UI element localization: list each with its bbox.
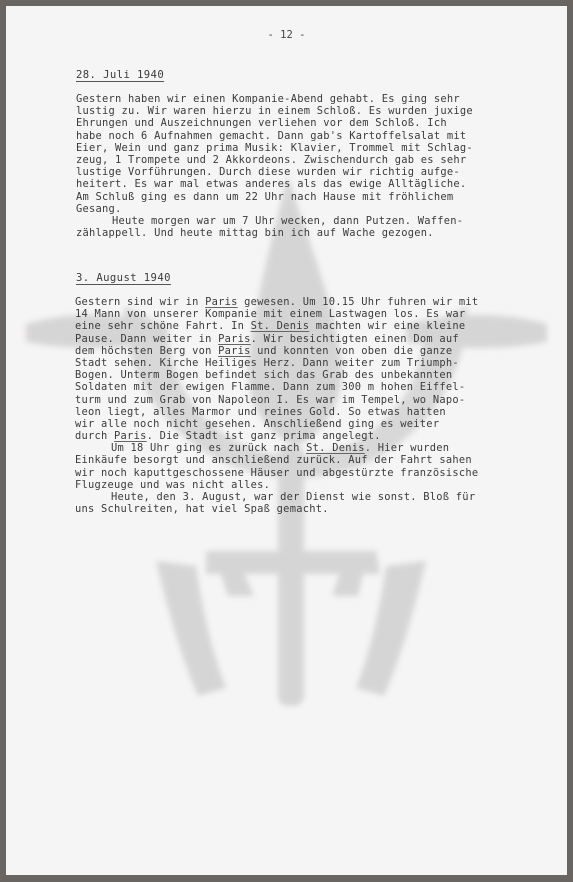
text-segment: lustige Vorführungen. Durch diese wurden…: [76, 166, 460, 178]
text-segment: . Hier wurden: [365, 442, 450, 454]
text-line: turm und zum Grab von Napoleon I. Es war…: [75, 394, 478, 406]
text-segment: Flugzeuge und was nicht alles.: [75, 479, 270, 491]
text-line: 14 Mann von unserer Kompanie mit einem L…: [75, 308, 478, 320]
text-segment: und konnten von oben die ganze: [251, 345, 453, 357]
text-segment: wir noch kaputtgeschossene Häuser und ab…: [75, 467, 478, 479]
text-line: Einkäufe besorgt und anschließend zurück…: [75, 454, 478, 466]
text-segment: durch: [75, 430, 114, 442]
text-segment: eine sehr schöne Fahrt. In: [75, 320, 251, 332]
text-line: zählappell. Und heute mittag bin ich auf…: [76, 227, 473, 239]
entry-body: Gestern haben wir einen Kompanie-Abend g…: [76, 93, 473, 239]
underlined-place-name: Paris: [205, 296, 238, 308]
text-segment: Gesang.: [76, 203, 122, 215]
entry-date-heading: 28. Juli 1940: [76, 69, 164, 81]
text-segment: Eier, Wein und ganz prima Musik: Klavier…: [76, 142, 473, 154]
text-line: Bogen. Unterm Bogen befindet sich das Gr…: [75, 369, 478, 381]
text-segment: 14 Mann von unserer Kompanie mit einem L…: [75, 308, 465, 320]
text-line: wir alle noch nicht gesehen. Anschließen…: [75, 418, 478, 430]
text-line: Soldaten mit der ewigen Flamme. Dann zum…: [75, 381, 478, 393]
underlined-place-name: Paris: [114, 430, 147, 442]
entry-date-heading: 3. August 1940: [76, 272, 171, 284]
page-number: - 12 -: [6, 29, 567, 41]
text-segment: gewesen. Um 10.15 Uhr fuhren wir mit: [238, 296, 479, 308]
text-segment: leon liegt, alles Marmor und reines Gold…: [75, 406, 446, 418]
text-segment: Gestern sind wir in: [75, 296, 205, 308]
text-segment: . Die Stadt ist ganz prima angelegt.: [147, 430, 381, 442]
text-segment: Einkäufe besorgt und anschließend zurück…: [75, 454, 472, 466]
text-line: Gesang.: [76, 203, 473, 215]
underlined-place-name: St. Denis: [251, 320, 310, 332]
text-line: habe noch 6 Aufnahmen gemacht. Dann gab'…: [76, 130, 473, 142]
text-segment: Am Schluß ging es dann um 22 Uhr nach Ha…: [76, 191, 453, 203]
text-line: Heute morgen war um 7 Uhr wecken, dann P…: [76, 215, 473, 227]
text-segment: Soldaten mit der ewigen Flamme. Dann zum…: [75, 381, 465, 393]
text-line: uns Schulreiten, hat viel Spaß gemacht.: [75, 503, 478, 515]
text-line: Stadt sehen. Kirche Heiliges Herz. Dann …: [75, 357, 478, 369]
text-line: lustig zu. Wir waren hierzu in einem Sch…: [76, 105, 473, 117]
text-line: Gestern haben wir einen Kompanie-Abend g…: [76, 93, 473, 105]
text-segment: turm und zum Grab von Napoleon I. Es war…: [75, 394, 465, 406]
document-page: - 12 - 28. Juli 1940 Gestern haben wir e…: [6, 6, 567, 875]
text-line: wir noch kaputtgeschossene Häuser und ab…: [75, 467, 478, 479]
text-segment: Ehrungen und Auszeichnungen verliehen vo…: [76, 117, 447, 129]
text-line: eine sehr schöne Fahrt. In St. Denis mac…: [75, 320, 478, 332]
text-segment: heitert. Es war mal etwas anderes als da…: [76, 178, 466, 190]
text-line: durch Paris. Die Stadt ist ganz prima an…: [75, 430, 478, 442]
text-line: Eier, Wein und ganz prima Musik: Klavier…: [76, 142, 473, 154]
entry-body: Gestern sind wir in Paris gewesen. Um 10…: [75, 296, 478, 515]
text-segment: zeug, 1 Trompete und 2 Akkordeons. Zwisc…: [76, 154, 466, 166]
text-segment: Heute morgen war um 7 Uhr wecken, dann P…: [112, 215, 463, 227]
text-segment: Pause. Dann weiter in: [75, 333, 218, 345]
text-segment: wir alle noch nicht gesehen. Anschließen…: [75, 418, 439, 430]
text-line: dem höchsten Berg von Paris und konnten …: [75, 345, 478, 357]
text-segment: dem höchsten Berg von: [75, 345, 218, 357]
text-segment: . Wir besichtigten einen Dom auf: [251, 333, 459, 345]
text-segment: Um 18 Uhr ging es zurück nach: [111, 442, 306, 454]
text-line: Gestern sind wir in Paris gewesen. Um 10…: [75, 296, 478, 308]
text-line: zeug, 1 Trompete und 2 Akkordeons. Zwisc…: [76, 154, 473, 166]
text-line: Flugzeuge und was nicht alles.: [75, 479, 478, 491]
text-line: Pause. Dann weiter in Paris. Wir besicht…: [75, 333, 478, 345]
text-segment: machten wir eine kleine: [309, 320, 465, 332]
text-line: leon liegt, alles Marmor und reines Gold…: [75, 406, 478, 418]
text-line: Um 18 Uhr ging es zurück nach St. Denis.…: [75, 442, 478, 454]
text-segment: habe noch 6 Aufnahmen gemacht. Dann gab'…: [76, 130, 466, 142]
underlined-place-name: Paris: [218, 345, 251, 357]
text-line: Ehrungen und Auszeichnungen verliehen vo…: [76, 117, 473, 129]
text-segment: Bogen. Unterm Bogen befindet sich das Gr…: [75, 369, 452, 381]
text-segment: lustig zu. Wir waren hierzu in einem Sch…: [76, 105, 473, 117]
text-segment: Gestern haben wir einen Kompanie-Abend g…: [76, 93, 460, 105]
text-segment: uns Schulreiten, hat viel Spaß gemacht.: [75, 503, 329, 515]
underlined-place-name: Paris: [218, 333, 251, 345]
text-segment: zählappell. Und heute mittag bin ich auf…: [76, 227, 434, 239]
underlined-place-name: St. Denis: [306, 442, 365, 454]
text-line: heitert. Es war mal etwas anderes als da…: [76, 178, 473, 190]
text-line: Heute, den 3. August, war der Dienst wie…: [75, 491, 478, 503]
text-line: Am Schluß ging es dann um 22 Uhr nach Ha…: [76, 191, 473, 203]
text-segment: Heute, den 3. August, war der Dienst wie…: [111, 491, 475, 503]
text-segment: Stadt sehen. Kirche Heiliges Herz. Dann …: [75, 357, 459, 369]
text-line: lustige Vorführungen. Durch diese wurden…: [76, 166, 473, 178]
